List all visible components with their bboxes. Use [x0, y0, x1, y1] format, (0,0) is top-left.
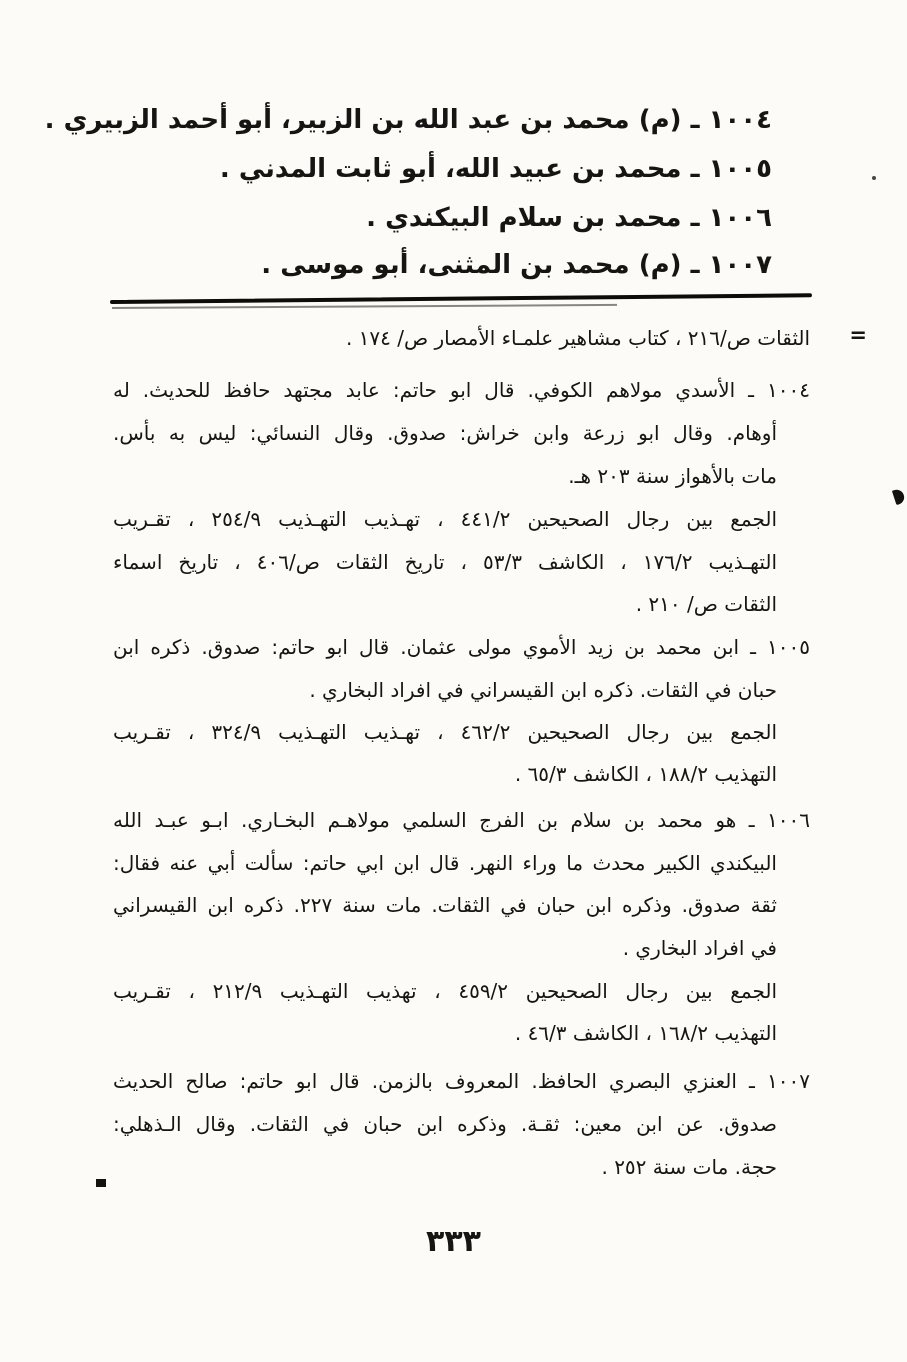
- footnote-line: في افراد البخاري .: [113, 932, 777, 965]
- footnote-line: ١٠٠٤ ـ الأسدي مولاهم الكوفي. قال ابو حات…: [113, 374, 810, 407]
- hadith-entry-1004: ١٠٠٤ ـ (م) محمد بن عبد الله بن الزبير، أ…: [45, 101, 772, 139]
- footnote-line: أوهام. وقال ابو زرعة وابن خراش: صدوق. وق…: [113, 417, 777, 450]
- footnote-line: مات بالأهواز سنة ٢٠٣ هـ.: [113, 460, 777, 493]
- ink-blot-square-mark: [96, 1179, 106, 1187]
- footnote-line: ١٠٠٥ ـ ابن محمد بن زيد الأموي مولى عثمان…: [113, 631, 810, 664]
- footnote-line: صدوق. عن ابن معين: ثقـة. وذكره ابن حبان …: [113, 1108, 777, 1141]
- footnote-line: الجمع بين رجال الصحيحين ٤٥٩/٢ ، تهذيب ال…: [113, 975, 777, 1008]
- ink-speck-mark: [872, 176, 876, 180]
- footnote-line: الجمع بين رجال الصحيحين ٤٦٢/٢ ، تهـذيب ا…: [113, 716, 777, 749]
- footnote-divider-echo: [112, 304, 617, 309]
- footnote-divider-line: [110, 293, 812, 304]
- footnote-line: ثقة صدوق. وذكره ابن حبان في الثقات. مات …: [113, 889, 777, 922]
- hadith-entry-1005: ١٠٠٥ ـ محمد بن عبيد الله، أبو ثابت المدن…: [220, 150, 772, 188]
- footnote-line: التهذيب ١٦٨/٢ ، الكاشف ٤٦/٣ .: [113, 1017, 777, 1050]
- scanned-book-page: ١٠٠٤ ـ (م) محمد بن عبد الله بن الزبير، أ…: [0, 0, 907, 1362]
- footnote-line: البيكندي الكبير محدث ما وراء النهر. قال …: [113, 847, 777, 880]
- footnote-line: حجة. مات سنة ٢٥٢ .: [113, 1151, 777, 1184]
- footnote-line: الجمع بين رجال الصحيحين ٤٤١/٢ ، تهـذيب ا…: [113, 503, 777, 536]
- footnote-line: الثقات ص/٢١٦ ، كتاب مشاهير علمـاء الأمصا…: [113, 322, 810, 355]
- footnote-continuation-marker: =: [849, 323, 867, 347]
- footnote-line: ١٠٠٦ ـ هو محمد بن سلام بن الفرج السلمي م…: [113, 804, 810, 837]
- footnote-line: التهذيب ١٨٨/٢ ، الكاشف ٦٥/٣ .: [113, 758, 777, 791]
- footnote-line: ١٠٠٧ ـ العنزي البصري الحافظ. المعروف بال…: [113, 1065, 810, 1098]
- page-number: ٣٣٣: [0, 1224, 907, 1259]
- ink-crescent-mark: [892, 488, 906, 505]
- footnote-line: التهـذيب ١٧٦/٢ ، الكاشف ٥٣/٣ ، تاريخ الث…: [113, 546, 777, 579]
- hadith-entry-1007: ١٠٠٧ ـ (م) محمد بن المثنى، أبو موسى .: [261, 246, 772, 284]
- footnote-line: الثقات ص/ ٢١٠ .: [113, 588, 777, 621]
- footnote-line: حبان في الثقات. ذكره ابن القيسراني في اف…: [113, 674, 777, 707]
- hadith-entry-1006: ١٠٠٦ ـ محمد بن سلام البيكندي .: [366, 199, 772, 237]
